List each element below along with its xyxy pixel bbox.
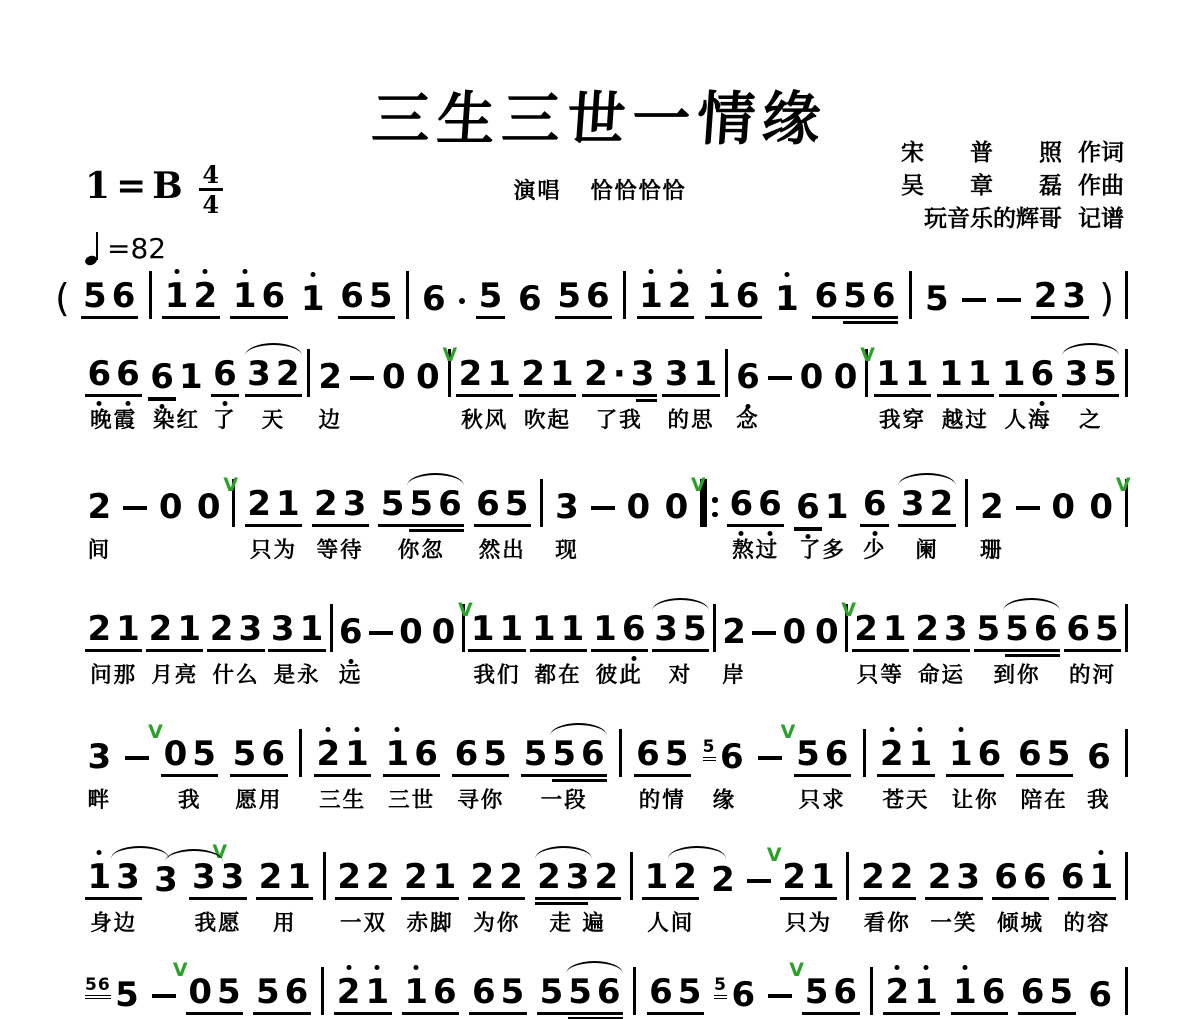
note-digits: 31 xyxy=(662,357,719,397)
note-digits: 11 xyxy=(530,612,587,652)
note-cell: 16人海 xyxy=(999,357,1056,397)
note-digits: 5 xyxy=(476,279,505,319)
lyric: 寻你 xyxy=(457,790,504,812)
note-cell: 12 xyxy=(162,279,219,319)
octave-dot-high xyxy=(958,727,963,732)
music-line-7: 56505V56211665556655656V2116656 xyxy=(85,971,1128,1015)
octave-dot-low xyxy=(222,401,227,406)
barline xyxy=(725,349,728,397)
note-cell: 16 xyxy=(705,279,762,319)
note-cell: 56 xyxy=(81,279,138,319)
note-cell: 0V xyxy=(831,360,860,397)
octave-dot-high xyxy=(918,727,923,732)
note-cell: 56V只求 xyxy=(794,737,851,777)
note-digits: 56 xyxy=(802,975,859,1015)
note-digits: 21 xyxy=(245,487,302,527)
note-digits: 232 xyxy=(535,860,621,900)
barline xyxy=(323,852,326,900)
note-cell: 65寻你 xyxy=(452,737,509,777)
note-cell: 0V xyxy=(1087,490,1116,527)
lyric: 人海 xyxy=(1005,410,1052,432)
note-digits: 6 xyxy=(1085,740,1114,777)
note-digits: 16 xyxy=(383,737,440,777)
lyric: 问那 xyxy=(90,665,137,687)
octave-dot-high xyxy=(375,965,380,970)
lyric: 然出 xyxy=(479,540,526,562)
note-digits: 56 xyxy=(794,737,851,777)
note-cell: 65的情 xyxy=(634,737,691,777)
note-cell: 0V xyxy=(662,490,691,527)
lyric: 远 xyxy=(339,665,363,687)
octave-dot-low xyxy=(126,401,131,406)
note-digits: 23 xyxy=(312,487,369,527)
lyric: 染红 xyxy=(153,410,200,432)
note-digits: 23 xyxy=(207,612,264,652)
note-digits: 65 xyxy=(1016,737,1073,777)
octave-dot-high xyxy=(716,269,721,274)
barline xyxy=(846,852,849,900)
lyric: 了多 xyxy=(799,540,846,562)
note-digits: 56 xyxy=(230,737,287,777)
note-cell: 16 xyxy=(951,975,1008,1015)
note-cell: 5 xyxy=(476,279,505,319)
lyric: 间 xyxy=(88,540,112,562)
lyric: 月亮 xyxy=(151,665,198,687)
note-digits: 16 xyxy=(999,357,1056,397)
credit-lyricist: 宋 普 照 作词 xyxy=(901,136,1124,169)
note-digits: 22 xyxy=(468,860,525,900)
note-cell: 2边 xyxy=(316,360,345,397)
tie-arc xyxy=(1062,343,1119,356)
note-digits: 61 xyxy=(1058,860,1115,900)
note-cell: 05V我 xyxy=(161,737,218,777)
music-area: (5612161656565612161656523)66晚霞61染红6了32天… xyxy=(85,275,1128,1015)
beam-line xyxy=(148,397,177,401)
lyric: 都在 xyxy=(535,665,582,687)
barline xyxy=(1125,604,1128,652)
lyric: 我愿 xyxy=(195,913,242,935)
lyric: 的容 xyxy=(1064,913,1111,935)
note-cell: 61的容 xyxy=(1058,860,1115,900)
note-cell: 3 xyxy=(152,863,181,900)
note-cell: 11我们 xyxy=(468,612,525,652)
barline xyxy=(633,967,636,1015)
note-cell: 66晚霞 xyxy=(85,357,142,397)
note-cell: 56 xyxy=(714,978,758,1015)
barline xyxy=(713,604,716,652)
note-cell: 23什么 xyxy=(207,612,264,652)
note-cell: 16三世 xyxy=(383,737,440,777)
note-cell: 21三生 xyxy=(314,737,371,777)
note-digits: 16 xyxy=(705,279,762,319)
note-cell: 21秋风 xyxy=(456,357,513,397)
open-paren: ( xyxy=(55,279,70,319)
note-digits: 556 xyxy=(974,612,1060,652)
note-digits: 16 xyxy=(230,279,287,319)
note-cell: 6了 xyxy=(211,357,240,397)
note-digits: 65 xyxy=(338,279,395,319)
note-digits: 11 xyxy=(468,612,525,652)
grace-note: 5 xyxy=(703,739,716,761)
note-cell: 65的河 xyxy=(1064,612,1121,652)
barline xyxy=(149,271,152,319)
note-digits: 5 xyxy=(113,978,142,1015)
augmentation-dot xyxy=(459,298,466,305)
lyric: 对 xyxy=(669,665,693,687)
note-digits: 11 xyxy=(874,357,931,397)
note-digits: 0 xyxy=(812,615,841,652)
note-cell: 56愿用 xyxy=(230,737,287,777)
repeat-dots xyxy=(712,497,718,517)
note-cell: 65 xyxy=(338,279,395,319)
dash-extension xyxy=(997,298,1021,303)
breath-mark: V xyxy=(148,723,163,742)
note-digits: 33 xyxy=(189,860,246,900)
note-digits: 21 xyxy=(883,975,940,1015)
note-digits: 2 xyxy=(316,360,345,397)
tie-arc xyxy=(245,343,302,356)
lyric: 越过 xyxy=(942,410,989,432)
lyric: 为你 xyxy=(473,913,520,935)
note-cell: 21 xyxy=(334,975,391,1015)
note-cell: 65 xyxy=(647,975,704,1015)
note-cell: 21只为 xyxy=(245,487,302,527)
note-digits: 556 xyxy=(537,975,623,1015)
tie-arc xyxy=(652,598,709,611)
note-digits: 56 xyxy=(253,975,310,1015)
note-digits: 21 xyxy=(780,860,837,900)
barline xyxy=(623,271,626,319)
music-line-4: 21问那21月亮23什么31是永6远00V11我们11都在16彼此35对2岸00… xyxy=(85,608,1128,652)
note-digits: 0 xyxy=(379,360,408,397)
note-cell: 0 xyxy=(624,490,653,527)
note-digits: 21 xyxy=(519,357,576,397)
note-cell: 61染红 xyxy=(148,360,205,397)
octave-dot-high xyxy=(895,965,900,970)
music-line-1: (5612161656565612161656523) xyxy=(55,275,1128,319)
note-digits: 65 xyxy=(634,737,691,777)
octave-dot-high xyxy=(242,269,247,274)
note-cell: 6少 xyxy=(860,487,889,527)
note-cell: 22为你 xyxy=(468,860,525,900)
lyric: 了 xyxy=(213,410,237,432)
octave-dot-high xyxy=(648,269,653,274)
note-cell: 6远 xyxy=(336,615,365,652)
note-cell: 16 xyxy=(230,279,287,319)
performer-line: 演唱 恰恰恰恰 xyxy=(0,174,1200,205)
note-digits: 16 xyxy=(951,975,1008,1015)
lyric: 愿用 xyxy=(235,790,282,812)
note-cell: 0V xyxy=(194,490,223,527)
note-cell: 23命运 xyxy=(913,612,970,652)
tie-arc xyxy=(1003,598,1060,611)
breath-mark: V xyxy=(173,961,188,980)
note-digits: 2 xyxy=(709,863,738,900)
note-digits: 6 xyxy=(729,978,758,1015)
lyric: 念 xyxy=(736,410,760,432)
note-digits: 21 xyxy=(401,860,458,900)
note-digits: 0 xyxy=(429,615,458,652)
note-digits: 5 xyxy=(922,282,951,319)
lyric: 什么 xyxy=(212,665,259,687)
beam-line xyxy=(794,527,823,531)
note-cell: 11越过 xyxy=(937,357,994,397)
barline xyxy=(299,729,302,777)
note-cell: 31的思 xyxy=(662,357,719,397)
note-cell: 32天 xyxy=(245,357,302,397)
note-cell: 6 xyxy=(515,282,544,319)
note-cell: 56V xyxy=(802,975,859,1015)
dash-extension xyxy=(752,631,776,636)
lyric: 苍天 xyxy=(883,790,930,812)
note-digits: 65 xyxy=(1064,612,1121,652)
lyric: 彼此 xyxy=(596,665,643,687)
note-digits: 12 xyxy=(642,860,699,900)
note-digits: 6 xyxy=(336,615,365,652)
tie-arc xyxy=(535,846,592,859)
close-paren: ) xyxy=(1099,279,1114,319)
tempo-bpm: 82 xyxy=(130,232,166,265)
lyric: 人间 xyxy=(647,913,694,935)
dash-extension xyxy=(747,879,771,884)
note-cell: 3现 xyxy=(553,490,582,527)
lyric: 阑 xyxy=(915,540,939,562)
note-digits: 3 xyxy=(85,740,114,777)
lyric: 少 xyxy=(863,540,887,562)
note-digits: 16 xyxy=(946,737,1003,777)
breath-mark: V xyxy=(860,346,875,365)
lyric: 一笑 xyxy=(930,913,977,935)
octave-dot-high xyxy=(677,269,682,274)
octave-dot-low xyxy=(739,531,744,536)
octave-dot-high xyxy=(354,727,359,732)
note-digits: 32 xyxy=(245,357,302,397)
note-cell: 232走 遍 xyxy=(535,860,621,900)
lyric: 看你 xyxy=(864,913,911,935)
dash-extension xyxy=(962,298,986,303)
barline xyxy=(630,852,633,900)
note-digits: 05 xyxy=(186,975,243,1015)
note-cell: 23 xyxy=(1031,279,1088,319)
music-line-2: 66晚霞61染红6了32天2边00V21秋风21吹起2·3了我31的思6念00V… xyxy=(85,353,1128,397)
tie-arc xyxy=(407,473,464,486)
octave-dot-high xyxy=(1099,850,1104,855)
note-digits: 56 xyxy=(81,279,138,319)
note-digits: 0 xyxy=(414,360,443,397)
note-cell: 2·3了我 xyxy=(582,357,657,397)
note-digits: 35 xyxy=(1062,357,1119,397)
note-cell: 11我穿 xyxy=(874,357,931,397)
transcriber-name: 玩音乐的辉哥 xyxy=(924,202,1062,235)
lyricist-role: 作词 xyxy=(1078,136,1124,169)
note-digits: 0 xyxy=(194,490,223,527)
note-digits: 0 xyxy=(662,490,691,527)
note-cell: 2间 xyxy=(85,490,114,527)
note-cell: 65 xyxy=(469,975,526,1015)
note-cell: 23一笑 xyxy=(925,860,982,900)
note-cell: 2珊 xyxy=(977,490,1006,527)
note-cell: 6 xyxy=(420,282,449,319)
barline xyxy=(321,967,324,1015)
barline xyxy=(965,479,968,527)
lyric: 现 xyxy=(555,540,579,562)
note-cell: 1 xyxy=(773,282,802,319)
note-cell: 21 xyxy=(883,975,940,1015)
octave-dot-high xyxy=(924,965,929,970)
note-digits: 6 xyxy=(211,357,240,397)
lyric: 让你 xyxy=(952,790,999,812)
note-digits: 1 xyxy=(773,282,802,319)
octave-dot-high xyxy=(395,727,400,732)
note-digits: 23 xyxy=(913,612,970,652)
note-digits: 3 xyxy=(152,863,181,900)
dash-extension xyxy=(369,631,393,636)
note-cell: 22看你 xyxy=(859,860,916,900)
note-digits: 556 xyxy=(521,737,607,777)
octave-dot-high xyxy=(785,272,790,277)
note-digits: 0 xyxy=(1087,490,1116,527)
tie-arc xyxy=(898,473,955,486)
octave-dot-high xyxy=(889,727,894,732)
note-digits: 31 xyxy=(268,612,325,652)
note-digits: 21 xyxy=(85,612,142,652)
note-cell: 0 xyxy=(1049,490,1078,527)
barline xyxy=(1125,729,1128,777)
note-digits: 21 xyxy=(852,612,909,652)
note-digits: 65 xyxy=(469,975,526,1015)
note-cell: 0 xyxy=(797,360,826,397)
octave-dot-high xyxy=(346,965,351,970)
note-cell: 2 xyxy=(709,863,738,900)
note-digits: 23 xyxy=(1031,279,1088,319)
note-digits: 11 xyxy=(937,357,994,397)
note-digits: 6 xyxy=(420,282,449,319)
lyric: 秋风 xyxy=(461,410,508,432)
note-cell: 32阑 xyxy=(898,487,955,527)
note-cell: 1 xyxy=(298,282,327,319)
lyric: 的思 xyxy=(668,410,715,432)
note-digits: 6 xyxy=(860,487,889,527)
note-cell: 0 xyxy=(397,615,426,652)
note-cell: 56缘 xyxy=(703,740,747,777)
barline xyxy=(870,967,873,1015)
note-cell: 11都在 xyxy=(530,612,587,652)
dash-extension xyxy=(1016,506,1040,511)
note-cell: 12人间 xyxy=(642,860,699,900)
lyric: 我 xyxy=(178,790,202,812)
lyric: 吹起 xyxy=(524,410,571,432)
note-cell: 0 xyxy=(780,615,809,652)
note-cell: 22一双 xyxy=(335,860,392,900)
lyric: 边 xyxy=(318,410,342,432)
lyric: 天 xyxy=(262,410,286,432)
note-cell: 656 xyxy=(812,279,898,319)
breath-mark: V xyxy=(443,346,458,365)
lyric: 命运 xyxy=(918,665,965,687)
dash-extension xyxy=(152,994,176,999)
barline xyxy=(540,479,543,527)
note-cell: 5 xyxy=(922,282,951,319)
lyric: 之 xyxy=(1079,410,1103,432)
lyric: 走 遍 xyxy=(549,913,606,935)
grace-note: 5 xyxy=(714,977,727,999)
lyric: 珊 xyxy=(980,540,1004,562)
breath-mark: V xyxy=(767,846,782,865)
note-digits: 21 xyxy=(146,612,203,652)
tempo-equals: = xyxy=(107,232,130,265)
note-cell: 0 xyxy=(156,490,185,527)
beam-line-2 xyxy=(1005,654,1060,657)
tie-arc xyxy=(668,846,727,859)
note-digits: 3 xyxy=(553,490,582,527)
note-digits: 0 xyxy=(397,615,426,652)
lyric: 等待 xyxy=(317,540,364,562)
lyric: 岸 xyxy=(722,665,746,687)
octave-dot-high xyxy=(962,965,967,970)
barline xyxy=(307,349,310,397)
note-cell: 13身边 xyxy=(85,860,142,900)
note-cell: 6念 xyxy=(734,360,763,397)
note-digits: 56 xyxy=(555,279,612,319)
octave-dot-low xyxy=(97,401,102,406)
note-digits: 21 xyxy=(877,737,934,777)
breath-mark: V xyxy=(789,961,804,980)
breath-mark: V xyxy=(781,723,796,742)
note-digits: 1 xyxy=(298,282,327,319)
dash-extension xyxy=(768,376,792,381)
tempo-marking: = 82 xyxy=(85,230,166,266)
note-digits: 656 xyxy=(812,279,898,319)
note-digits: 2·3 xyxy=(582,357,657,397)
note-digits: 21 xyxy=(456,357,513,397)
note-digits: 6 xyxy=(515,282,544,319)
octave-dot-high xyxy=(310,272,315,277)
barline xyxy=(909,271,912,319)
note-digits: 65 xyxy=(474,487,531,527)
lyric: 熬过 xyxy=(732,540,779,562)
note-cell: 65 xyxy=(1018,975,1075,1015)
octave-dot-low xyxy=(767,531,772,536)
note-digits: 6 xyxy=(718,740,747,777)
note-digits: 0 xyxy=(156,490,185,527)
lyric: 的河 xyxy=(1069,665,1116,687)
barline xyxy=(619,729,622,777)
note-cell: 65然出 xyxy=(474,487,531,527)
octave-dot-high xyxy=(203,269,208,274)
note-cell: 56 xyxy=(555,279,612,319)
credit-transcriber: 玩音乐的辉哥 记谱 xyxy=(901,202,1124,235)
dash-extension xyxy=(591,506,615,511)
breath-mark: V xyxy=(223,476,238,495)
lyric: 你忽 xyxy=(398,540,445,562)
grace-note: 56 xyxy=(85,977,111,999)
note-digits: 0 xyxy=(780,615,809,652)
note-cell: 556一段 xyxy=(521,737,607,777)
note-cell: 65陪在 xyxy=(1016,737,1073,777)
note-cell: 66倾城 xyxy=(992,860,1049,900)
note-cell: 556你忽 xyxy=(378,487,464,527)
lyric: 我们 xyxy=(474,665,521,687)
octave-dot-low xyxy=(872,531,877,536)
octave-dot-high xyxy=(97,850,102,855)
note-cell: 6我 xyxy=(1085,740,1114,777)
dash-extension xyxy=(758,756,782,761)
note-digits: 61 xyxy=(794,490,851,527)
lyric: 了我 xyxy=(596,410,643,432)
note-cell: 3畔 xyxy=(85,740,114,777)
transcriber-role: 记谱 xyxy=(1078,202,1124,235)
note-digits: 16 xyxy=(591,612,648,652)
